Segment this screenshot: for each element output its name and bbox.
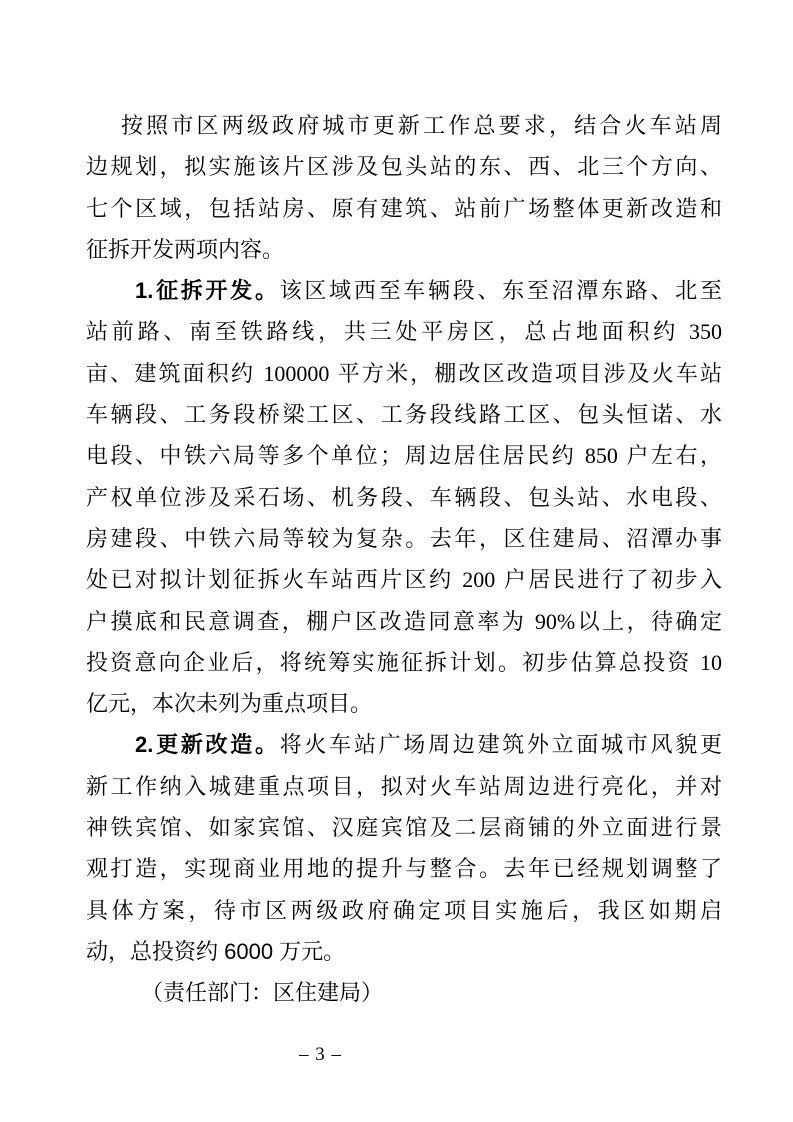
text-run: 平方米，棚改区改造项目涉及火车站: [329, 361, 722, 386]
text-run: 具体方案，待市区两级政府确定项目实施后，我区如期启: [86, 898, 722, 923]
text-line: 1.征拆开发。该区域西至车辆段、东至沼潭东路、北至: [86, 270, 722, 311]
text-run: 亩、建筑面积约: [86, 361, 263, 386]
text-run: 200: [462, 567, 495, 592]
text-run: 电段、中铁六局等多个单位；周边居住居民约: [86, 443, 585, 468]
text-run: （责任部门：区住建局）: [141, 980, 383, 1005]
text-run-heading: 2.更新改造。: [135, 732, 280, 757]
text-line: 投资意向企业后，将统筹实施征拆计划。初步估算总投资 10: [86, 642, 722, 683]
text-run: 90%: [535, 609, 575, 634]
text-line: 亩、建筑面积约 100000 平方米，棚改区改造项目涉及火车站: [86, 353, 722, 394]
text-run: 边规划，拟实施该片区涉及包头站的东、西、北三个方向、: [86, 154, 722, 179]
text-line: 亿元，本次未列为重点项目。: [86, 683, 722, 724]
text-run: 户摸底和民意调查，棚户区改造同意率为: [86, 609, 535, 634]
text-run: 350: [689, 319, 722, 344]
text-run: 将火车站广场周边建筑外立面城市风貌更: [280, 732, 722, 757]
text-line: 2.更新改造。将火车站广场周边建筑外立面城市风貌更: [86, 724, 722, 765]
text-run: 10: [700, 650, 722, 675]
text-run: 房建段、中铁六局等较为复杂。去年，区住建局、沼潭办事: [86, 526, 722, 551]
text-run: 车辆段、工务段桥梁工区、工务段线路工区、包头恒诺、水: [86, 402, 722, 427]
text-line: （责任部门：区住建局）: [86, 972, 722, 1013]
text-line: 七个区域，包括站房、原有建筑、站前广场整体更新改造和: [86, 188, 722, 229]
text-run: 处已对拟计划征拆火车站西片区约: [86, 567, 462, 592]
text-line: 处已对拟计划征拆火车站西片区约 200 户居民进行了初步入: [86, 559, 722, 600]
text-line: 站前路、南至铁路线，共三处平房区，总占地面积约 350: [86, 311, 722, 352]
text-line: 电段、中铁六局等多个单位；周边居住居民约 850 户左右，: [86, 435, 722, 476]
text-line: 观打造，实现商业用地的提升与整合。去年已经规划调整了: [86, 848, 722, 889]
text-line: 新工作纳入城建重点项目，拟对火车站周边进行亮化，并对: [86, 766, 722, 807]
text-run: 产权单位涉及采石场、机务段、车辆段、包头站、水电段、: [86, 485, 722, 510]
text-run: 投资意向企业后，将统筹实施征拆计划。初步估算总投资: [86, 650, 700, 675]
text-line: 户摸底和民意调查，棚户区改造同意率为 90%以上，待确定: [86, 601, 722, 642]
text-run: 站前路、南至铁路线，共三处平房区，总占地面积约: [86, 319, 689, 344]
text-run: 按照市区两级政府城市更新工作总要求，结合火车站周: [121, 113, 722, 138]
text-line: 房建段、中铁六局等较为复杂。去年，区住建局、沼潭办事: [86, 518, 722, 559]
text-run: 以上，待确定: [575, 609, 722, 634]
text-line: 产权单位涉及采石场、机务段、车辆段、包头站、水电段、: [86, 477, 722, 518]
text-run: 新工作纳入城建重点项目，拟对火车站周边进行亮化，并对: [86, 774, 722, 799]
text-run: 100000: [263, 361, 329, 386]
text-line: 车辆段、工务段桥梁工区、工务段线路工区、包头恒诺、水: [86, 394, 722, 435]
text-line: 边规划，拟实施该片区涉及包头站的东、西、北三个方向、: [86, 146, 722, 187]
text-run: 该区域西至车辆段、东至沼潭东路、北至: [280, 278, 722, 303]
text-line: 具体方案，待市区两级政府确定项目实施后，我区如期启: [86, 890, 722, 931]
document-body: 按照市区两级政府城市更新工作总要求，结合火车站周边规划，拟实施该片区涉及包头站的…: [86, 105, 722, 1014]
text-line: 动，总投资约 6000 万元。: [86, 931, 722, 972]
text-run: 神铁宾馆、如家宾馆、汉庭宾馆及二层商铺的外立面进行景: [86, 815, 722, 840]
document-page: 按照市区两级政府城市更新工作总要求，结合火车站周边规划，拟实施该片区涉及包头站的…: [0, 0, 793, 1122]
text-line: 征拆开发两项内容。: [86, 229, 722, 270]
text-run: 七个区域，包括站房、原有建筑、站前广场整体更新改造和: [86, 196, 722, 221]
text-run: 亿元，本次未列为重点项目。: [86, 691, 372, 716]
text-run-heading: 1.征拆开发。: [135, 278, 280, 303]
text-run: 观打造，实现商业用地的提升与整合。去年已经规划调整了: [86, 856, 722, 881]
text-run: 动，总投资约 6000 万元。: [86, 939, 345, 964]
text-line: 按照市区两级政府城市更新工作总要求，结合火车站周: [86, 105, 722, 146]
text-run: 户居民进行了初步入: [495, 567, 722, 592]
text-run: 户左右，: [618, 443, 722, 468]
page-number: – 3 –: [299, 1044, 342, 1066]
text-line: 神铁宾馆、如家宾馆、汉庭宾馆及二层商铺的外立面进行景: [86, 807, 722, 848]
text-run: 征拆开发两项内容。: [86, 237, 284, 262]
text-run: 850: [585, 443, 618, 468]
